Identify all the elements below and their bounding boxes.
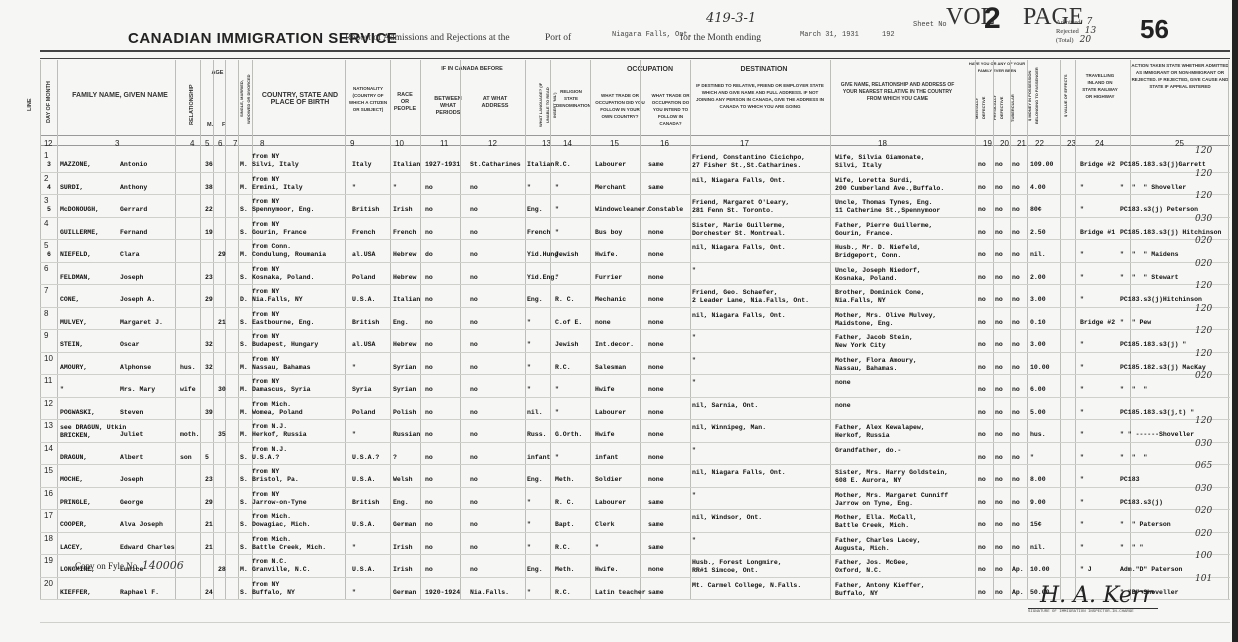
column-number: 16 xyxy=(660,139,669,148)
cell-periods: do xyxy=(425,251,433,259)
cell-relig: " xyxy=(555,229,559,237)
cell-phys: no xyxy=(995,386,1003,394)
cell-mental: no xyxy=(978,454,986,462)
line-number: 15 xyxy=(44,466,53,475)
cell-travel: " xyxy=(1080,521,1084,529)
cell-phys: no xyxy=(995,296,1003,304)
cell-dest: nil, Sarnia, Ont. xyxy=(692,402,758,410)
cell-addr: no xyxy=(470,409,478,417)
from-location: from Conn. xyxy=(252,243,291,251)
cell-phys: no xyxy=(995,521,1003,529)
day-of-month: 5 xyxy=(47,206,51,214)
col-header-language: WHAT LANGUAGE? (IF UNABLE TO READ INSERT… xyxy=(537,80,558,130)
cell-tuber: no xyxy=(1012,296,1020,304)
cell-nearest: Father, Alex Kewalapew, Herkof, Russia xyxy=(835,424,925,440)
cell-relig: " xyxy=(555,184,559,192)
cell-occ-can: same xyxy=(648,521,664,529)
cell-action: " " " Shoveller xyxy=(1120,184,1186,192)
cell-relig: " xyxy=(555,274,559,282)
row-rule xyxy=(40,464,1230,465)
cell-mental: no xyxy=(978,341,986,349)
cell-tuber: no xyxy=(1012,206,1020,214)
admitted-label: Admitted xyxy=(1056,19,1081,26)
cell-phys: no xyxy=(995,454,1003,462)
cell-action: PC185.183.s3(j,t) " xyxy=(1120,409,1194,417)
col-header-action-taken: ACTION TAKEN STATE WHETHER ADMITTED AS I… xyxy=(1130,62,1230,90)
cell-dest: nil, Windsor, Ont. xyxy=(692,514,762,522)
cell-phys: no xyxy=(995,589,1003,597)
cell-given: Steven xyxy=(120,409,143,417)
cell-birth: Ermini, Italy xyxy=(252,184,303,192)
from-location: from NY xyxy=(252,378,279,386)
grid-line xyxy=(213,60,214,600)
cell-nat: U.S.A. xyxy=(352,521,375,529)
cell-m: 38 xyxy=(205,184,213,192)
cell-dest: nil, Niagara Falls, Ont. xyxy=(692,244,786,252)
cell-tuber: no xyxy=(1012,499,1020,507)
cell-mental: no xyxy=(978,521,986,529)
cell-nearest: none xyxy=(835,402,851,410)
cell-relig: R.C. xyxy=(555,544,571,552)
cell-given: Albert xyxy=(120,454,143,462)
handwritten-code: 020 xyxy=(1195,507,1212,515)
row-rule xyxy=(40,419,1230,420)
cell-phys: no xyxy=(995,341,1003,349)
cell-dest: Friend, Geo. Schaefer, 2 Leader Lane, Ni… xyxy=(692,289,809,305)
cell-periods: no xyxy=(425,296,433,304)
sheet-label: Sheet No xyxy=(913,21,947,29)
cell-travel: " xyxy=(1080,364,1084,372)
cell-occ-own: Soldier xyxy=(595,476,622,484)
cell-name: FELDMAN, xyxy=(60,274,91,282)
cell-occ-own: Mechanic xyxy=(595,296,626,304)
cell-birth: Jarrow-on-Tyne xyxy=(252,499,307,507)
immigration-record-sheet: CANADIAN IMMIGRATION SERVICE Report of A… xyxy=(0,0,1238,642)
column-number: 2 xyxy=(48,139,52,148)
cell-lang: " xyxy=(527,341,531,349)
cell-birth: Herkof, Russia xyxy=(252,431,307,439)
cell-name: MOCHE, xyxy=(60,476,83,484)
cell-travel: " xyxy=(1080,251,1084,259)
cell-action: PC185.182.s3(j) MacKay xyxy=(1120,364,1206,372)
from-location: from NY xyxy=(252,198,279,206)
cell-lang: Eng. xyxy=(527,296,543,304)
cell-nearest: Mother, Flora Amoury, Nassau, Bahamas. xyxy=(835,357,917,373)
cell-periods: no xyxy=(425,364,433,372)
line-number: 7 xyxy=(44,286,48,295)
row-rule xyxy=(40,284,1230,285)
cell-nearest: Father, Charles Lacey, Augusta, Mich. xyxy=(835,537,921,553)
cell-money: 5.00 xyxy=(1030,409,1046,417)
header-rule xyxy=(40,50,1230,52)
grid-line xyxy=(420,60,421,600)
column-number: 24 xyxy=(1095,139,1104,148)
cell-lang: " xyxy=(527,499,531,507)
line-number: 16 xyxy=(44,489,53,498)
signature-label: SIGNATURE OF IMMIGRATION INSPECTOR-IN-CH… xyxy=(1028,610,1134,614)
cell-relig: R. C. xyxy=(555,499,575,507)
grid-line xyxy=(200,60,201,600)
cell-phys: no xyxy=(995,229,1003,237)
cell-action: PC183 xyxy=(1120,476,1140,484)
cell-dest: nil, Niagara Falls, Ont. xyxy=(692,177,786,185)
total-value: 20 xyxy=(1080,35,1091,45)
column-number: 11 xyxy=(440,139,448,148)
cell-action: " " ------Shoveller xyxy=(1120,431,1194,439)
column-number: 15 xyxy=(610,139,619,148)
page-number: 56 xyxy=(1140,14,1169,45)
line-number: 2 xyxy=(44,174,48,183)
cell-action: PC185.183.s3(j) " xyxy=(1120,341,1186,349)
cell-occ-own: Merchant xyxy=(595,184,626,192)
cell-birth: Granville, N.C. xyxy=(252,566,311,574)
cell-dest: " xyxy=(692,379,696,387)
cell-travel: " xyxy=(1080,431,1084,439)
cell-race: Syrian xyxy=(393,386,416,394)
cell-nearest: Grandfather, do.- xyxy=(835,447,901,455)
cell-nearest: Wife, Silvia Giamonate, Silvi, Italy xyxy=(835,154,925,170)
cell-phys: no xyxy=(995,566,1003,574)
cell-tuber: Ap. xyxy=(1012,589,1024,597)
cell-mental: no xyxy=(978,296,986,304)
cell-periods: no xyxy=(425,476,433,484)
cell-tuber: no xyxy=(1012,454,1020,462)
cell-nearest: Father, Pierre Guillerme, Gourin, France… xyxy=(835,222,933,238)
cell-name: MULVEY, xyxy=(60,319,87,327)
grid-line xyxy=(993,60,994,600)
cell-lang: Russ. xyxy=(527,431,547,439)
cell-nearest: Uncle, Joseph Niedorf, Kosnaka, Poland. xyxy=(835,267,921,283)
cell-dest: nil, Niagara Falls, Ont. xyxy=(692,469,786,477)
line-number: 18 xyxy=(44,534,53,543)
cell-travel: " xyxy=(1080,386,1084,394)
cell-occ-can: none xyxy=(648,364,664,372)
cell-money: 9.00 xyxy=(1030,499,1046,507)
cell-phys: no xyxy=(995,499,1003,507)
line-number: 6 xyxy=(44,264,48,273)
cell-lang: Yid.Eng. xyxy=(527,274,558,282)
cell-mental: no xyxy=(978,319,986,327)
cell-relig: R.C. xyxy=(555,364,571,372)
cell-race: Hebrew xyxy=(393,274,416,282)
cell-name: CONE, xyxy=(60,296,80,304)
cell-rel: son xyxy=(180,454,192,462)
grid-line xyxy=(640,60,641,600)
cell-occ-can: none xyxy=(648,476,664,484)
cell-phys: no xyxy=(995,184,1003,192)
handwritten-reference: 419-3-1 xyxy=(706,11,756,26)
row-rule xyxy=(40,329,1230,330)
cell-name: STEIN, xyxy=(60,341,83,349)
col-header-day: DAY OF MONTH xyxy=(46,75,53,130)
cell-tuber: no xyxy=(1012,251,1020,259)
cell-name: KIEFFER, xyxy=(60,589,91,597)
cell-tuber: no xyxy=(1012,319,1020,327)
cell-occ-own: " xyxy=(595,544,599,552)
row-rule xyxy=(40,374,1230,375)
grid-line xyxy=(40,60,41,600)
row-rule xyxy=(40,509,1230,510)
cell-addr: no xyxy=(470,544,478,552)
cell-periods: no xyxy=(425,499,433,507)
cell-occ-own: Hwife xyxy=(595,431,615,439)
cell-birth: Damascus, Syria xyxy=(252,386,311,394)
cell-action: " " Pew xyxy=(1120,319,1151,327)
cell-tuber: no xyxy=(1012,409,1020,417)
cell-addr: no xyxy=(470,431,478,439)
grid-line xyxy=(1060,60,1061,600)
row-rule xyxy=(40,442,1230,443)
cell-given: Joseph xyxy=(120,476,143,484)
cell-given: Juliet xyxy=(120,431,143,439)
from-location: from NY xyxy=(252,311,279,319)
cell-travel: " xyxy=(1080,476,1084,484)
from-location: from NY xyxy=(252,491,279,499)
admission-counts: Admitted7 Rejected13 (Total)20 xyxy=(1056,18,1096,45)
cell-action: " " " Stewart xyxy=(1120,274,1179,282)
header-rule-2 xyxy=(40,58,1230,59)
report-label: Report of Admissions and Rejections at t… xyxy=(345,33,510,43)
cell-nearest: Wife, Loretta Surdi, 200 Cumberland Ave.… xyxy=(835,177,944,193)
cell-dest: nil, Niagara Falls, Ont. xyxy=(692,312,786,320)
port-label: Port of xyxy=(545,33,571,43)
cell-occ-own: Labourer xyxy=(595,409,626,417)
cell-relig: Meth. xyxy=(555,476,575,484)
cell-dest: Friend, Margaret O'Leary, 281 Fenn St. T… xyxy=(692,199,790,215)
grid-line xyxy=(975,60,976,600)
cell-money: nil. xyxy=(1030,251,1046,259)
cell-m: 21 xyxy=(205,544,213,552)
cell-addr: no xyxy=(470,319,478,327)
cell-civ: S. xyxy=(240,454,248,462)
handwritten-code: 020 xyxy=(1195,372,1212,380)
cell-tuber: no xyxy=(1012,521,1020,529)
column-number: 6 xyxy=(218,139,222,148)
cell-mental: no xyxy=(978,476,986,484)
cell-periods: no xyxy=(425,319,433,327)
cell-tuber: no xyxy=(1012,476,1020,484)
cell-nat: U.S.A. xyxy=(352,476,375,484)
cell-dest: " xyxy=(692,492,696,500)
row-rule xyxy=(40,352,1230,353)
cell-civ: D. xyxy=(240,296,248,304)
cell-periods: no xyxy=(425,274,433,282)
handwritten-code: 120 xyxy=(1195,350,1212,358)
cell-race: Irish xyxy=(393,206,413,214)
cell-given: Joseph A. xyxy=(120,296,155,304)
row-rule xyxy=(40,194,1230,195)
from-location: from Mich. xyxy=(252,536,291,544)
cell-dest: " xyxy=(692,334,696,342)
col-header-race: RACE OR PEOPLE xyxy=(393,92,417,113)
cell-name: LACEY, xyxy=(60,544,83,552)
cell-addr: no xyxy=(470,274,478,282)
vol-number: 2 xyxy=(984,2,1001,36)
cell-civ: M. xyxy=(240,386,248,394)
cell-action: PC183.s3(j) xyxy=(1120,499,1163,507)
from-location: from NY xyxy=(252,176,279,184)
cell-action: " " " Maidens xyxy=(1120,251,1179,259)
row-rule xyxy=(40,532,1230,533)
col-header-line: LINE xyxy=(27,85,34,125)
cell-relig: C.of E. xyxy=(555,319,582,327)
cell-travel: Bridge #2 xyxy=(1080,319,1115,327)
copy-on-file-note: Copy on Fyle No. 140006 xyxy=(75,559,184,572)
cell-money: 4.00 xyxy=(1030,184,1046,192)
cell-relig: " xyxy=(555,454,559,462)
col-header-canada-before: IF IN CANADA BEFORE xyxy=(422,66,522,73)
from-location: from NY xyxy=(252,266,279,274)
cell-dest: Husb., Forest Longmire, RR#1 Simcoe, Ont… xyxy=(692,559,782,575)
cell-occ-own: Latin teacher xyxy=(595,589,646,597)
cell-relig: Jewish xyxy=(555,251,578,259)
cell-name: " xyxy=(60,386,64,394)
column-number: 12 xyxy=(488,139,497,148)
cell-m: 5 xyxy=(205,454,209,462)
cell-addr: no xyxy=(470,229,478,237)
cell-civ: S. xyxy=(240,341,248,349)
cell-phys: no xyxy=(995,206,1003,214)
cell-occ-can: none xyxy=(648,274,664,282)
row-rule xyxy=(40,239,1230,240)
cell-civ: S. xyxy=(240,206,248,214)
cell-m: 21 xyxy=(205,521,213,529)
cell-travel: " xyxy=(1080,184,1084,192)
cell-name: SURDI, xyxy=(60,184,83,192)
cell-occ-own: infant xyxy=(595,454,618,462)
page-edge xyxy=(1232,0,1238,642)
cell-birth: Spennymoor, Eng. xyxy=(252,206,314,214)
cell-tuber: no xyxy=(1012,161,1020,169)
cell-nearest: Sister, Mrs. Harry Goldstein, 608 E. Aur… xyxy=(835,469,948,485)
day-of-month: 6 xyxy=(47,251,51,259)
cell-given: Gerrard xyxy=(120,206,147,214)
cell-money: 0.10 xyxy=(1030,319,1046,327)
day-of-month: 4 xyxy=(47,184,51,192)
year-prefix: 192 xyxy=(882,31,895,39)
cell-rel: moth. xyxy=(180,431,200,439)
handwritten-code: 020 xyxy=(1195,260,1212,268)
cell-relig: Jewish xyxy=(555,341,578,349)
cell-m: 32 xyxy=(205,341,213,349)
inspector-signature: H. A. Kerr xyxy=(1040,583,1153,608)
signature-line xyxy=(1028,608,1158,609)
cell-action: PC183.s3(j) Peterson xyxy=(1120,206,1198,214)
cell-nat: " xyxy=(352,364,356,372)
cell-race: Russian xyxy=(393,431,420,439)
cell-mental: no xyxy=(978,364,986,372)
cell-given: Edward Charles xyxy=(120,544,175,552)
cell-rel: wife xyxy=(180,386,196,394)
cell-periods: no xyxy=(425,544,433,552)
cell-money: 10.00 xyxy=(1030,566,1050,574)
column-number: 4 xyxy=(190,139,194,148)
grid-line xyxy=(550,60,551,600)
cell-nearest: Mother, Mrs. Olive Mulvey, Maidstone, En… xyxy=(835,312,936,328)
cell-occ-can: none xyxy=(648,566,664,574)
column-number-rule xyxy=(40,135,1230,136)
grid-line xyxy=(1228,60,1229,600)
column-number: 7 xyxy=(233,139,237,148)
cell-birth: Condulung, Roumania xyxy=(252,251,326,259)
handwritten-code: 020 xyxy=(1195,237,1212,245)
line-number: 19 xyxy=(44,556,53,565)
cell-birth: Eastbourne, Eng. xyxy=(252,319,314,327)
col-header-effects: $ VALUE OF EFFECTS xyxy=(1062,60,1069,132)
handwritten-code: 030 xyxy=(1195,485,1212,493)
column-number: 8 xyxy=(260,139,264,148)
grid-line xyxy=(390,60,391,600)
cell-birth: Battle Creek, Mich. xyxy=(252,544,326,552)
cell-race: Eng. xyxy=(393,319,409,327)
col-header-occupation: OCCUPATION xyxy=(600,66,700,73)
from-location: from Mich. xyxy=(252,401,291,409)
line-number: 8 xyxy=(44,309,48,318)
line-number: 9 xyxy=(44,331,48,340)
cell-travel: " xyxy=(1080,296,1084,304)
handwritten-code: 100 xyxy=(1195,552,1212,560)
handwritten-code: 101 xyxy=(1195,575,1212,583)
cell-civ: S. xyxy=(240,274,248,282)
col-header-money: $ MONEY IN POSSESSION BELONGING TO PASSE… xyxy=(1026,60,1040,132)
cell-lang: Eng. xyxy=(527,476,543,484)
cell-given: Oscar xyxy=(120,341,140,349)
cell-occ-can: same xyxy=(648,589,664,597)
cell-occ-can: none xyxy=(648,409,664,417)
cell-occ-can: same xyxy=(648,184,664,192)
cell-name: DRAGUN, xyxy=(60,454,87,462)
cell-name: PRINGLE, xyxy=(60,499,91,507)
col-header-nationality: NATIONALITY (COUNTRY OF WHICH A CITIZEN … xyxy=(347,85,389,113)
cell-occ-own: Hwife. xyxy=(595,251,618,259)
cell-civ: M. xyxy=(240,184,248,192)
cell-nat: British xyxy=(352,319,379,327)
handwritten-code: 030 xyxy=(1195,215,1212,223)
cell-phys: no xyxy=(995,161,1003,169)
cell-phys: no xyxy=(995,274,1003,282)
cell-civ: S. xyxy=(240,521,248,529)
cell-nearest: Husb., Mr. D. Niefeld, Bridgeport, Conn. xyxy=(835,244,921,260)
cell-m: 39 xyxy=(205,409,213,417)
cell-nearest: Father, Jos. McGee, Oxford, N.C. xyxy=(835,559,909,575)
cell-lang: " xyxy=(527,521,531,529)
column-number: 19 xyxy=(983,139,992,148)
cell-race: German xyxy=(393,589,416,597)
cell-periods: no xyxy=(425,431,433,439)
cell-f: 35 xyxy=(218,431,226,439)
cell-m: 32 xyxy=(205,364,213,372)
cell-occ-can: Constable xyxy=(648,206,683,214)
cell-given: Margaret J. xyxy=(120,319,163,327)
cell-money: 3.00 xyxy=(1030,341,1046,349)
row-rule xyxy=(40,577,1230,578)
handwritten-code: 120 xyxy=(1195,305,1212,313)
grid-line xyxy=(175,60,176,600)
cell-civ: M. xyxy=(240,364,248,372)
cell-occ-own: Bus boy xyxy=(595,229,622,237)
cell-occ-can: none xyxy=(648,251,664,259)
cell-dest: " xyxy=(692,357,696,365)
cell-action: " " Paterson xyxy=(1120,521,1171,529)
cell-civ: S. xyxy=(240,499,248,507)
column-number: 3 xyxy=(115,139,119,148)
cell-mental: no xyxy=(978,589,986,597)
col-header-relationship: RELATIONSHIP xyxy=(189,80,196,130)
cell-addr: no xyxy=(470,206,478,214)
cell-lang: " xyxy=(527,544,531,552)
cell-nearest: Brother, Dominick Cone, Nia.Falls, NY xyxy=(835,289,925,305)
cell-race: Hebrew xyxy=(393,341,416,349)
